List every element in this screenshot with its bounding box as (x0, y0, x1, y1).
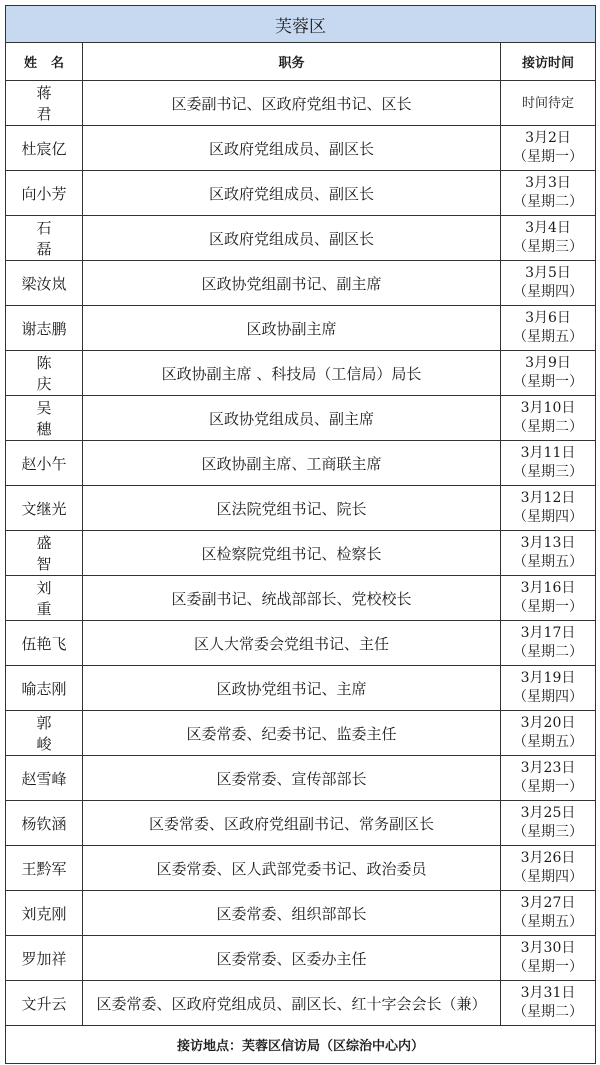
reception-date: 3月3日 (501, 174, 595, 193)
reception-weekday: （星期四） (501, 868, 595, 887)
table-row: 杨钦涵区委常委、区政府党组副书记、常务副区长3月25日（星期三） (6, 801, 596, 846)
table-row: 文升云区委常委、区政府党组成员、副区长、红十字会会长（兼）3月31日（星期二） (6, 981, 596, 1026)
reception-date: 3月17日 (501, 624, 595, 643)
official-duty: 区政协党组书记、主席 (83, 666, 501, 711)
table-row: 陈庆区政协副主席 、科技局（工信局）局长3月9日（星期一） (6, 351, 596, 396)
reception-time: 3月16日（星期一） (501, 576, 596, 621)
table-row: 盛智区检察院党组书记、检察长3月13日（星期五） (6, 531, 596, 576)
reception-time: 时间待定 (501, 81, 596, 126)
reception-date: 3月26日 (501, 849, 595, 868)
official-name: 赵小午 (6, 441, 83, 486)
reception-time: 3月26日（星期四） (501, 846, 596, 891)
reception-weekday: （星期五） (501, 553, 595, 572)
reception-date: 3月16日 (501, 579, 595, 598)
header-time: 接访时间 (501, 43, 596, 81)
reception-time: 3月31日（星期二） (501, 981, 596, 1026)
official-duty: 区政协党组副书记、副主席 (83, 261, 501, 306)
table-row: 喻志刚区政协党组书记、主席3月19日（星期四） (6, 666, 596, 711)
reception-time: 3月4日（星期三） (501, 216, 596, 261)
official-name: 石磊 (6, 216, 83, 261)
official-duty: 区委副书记、区政府党组书记、区长 (83, 81, 501, 126)
official-duty: 区委副书记、统战部部长、党校校长 (83, 576, 501, 621)
reception-weekday: （星期四） (501, 508, 595, 527)
table-row: 赵雪峰区委常委、宣传部部长3月23日（星期一） (6, 756, 596, 801)
reception-weekday: （星期二） (501, 1003, 595, 1022)
official-duty: 区政府党组成员、副区长 (83, 126, 501, 171)
table-row: 蒋君区委副书记、区政府党组书记、区长时间待定 (6, 81, 596, 126)
reception-date: 3月30日 (501, 939, 595, 958)
reception-date: 3月4日 (501, 219, 595, 238)
table-row: 刘克刚区委常委、组织部部长3月27日（星期五） (6, 891, 596, 936)
reception-date: 3月27日 (501, 894, 595, 913)
official-name: 吴穗 (6, 396, 83, 441)
reception-weekday: （星期四） (501, 283, 595, 302)
table-row: 吴穗区政协党组成员、副主席3月10日（星期二） (6, 396, 596, 441)
table-row: 梁汝岚区政协党组副书记、副主席3月5日（星期四） (6, 261, 596, 306)
official-name: 梁汝岚 (6, 261, 83, 306)
reception-weekday: （星期一） (501, 778, 595, 797)
reception-date: 3月11日 (501, 444, 595, 463)
official-name: 刘克刚 (6, 891, 83, 936)
reception-weekday: （星期二） (501, 643, 595, 662)
official-name: 喻志刚 (6, 666, 83, 711)
reception-weekday: （星期二） (501, 193, 595, 212)
official-duty: 区委常委、宣传部部长 (83, 756, 501, 801)
reception-date: 3月5日 (501, 264, 595, 283)
official-name: 盛智 (6, 531, 83, 576)
reception-date: 时间待定 (501, 94, 595, 113)
official-name: 杨钦涵 (6, 801, 83, 846)
table-row: 杜宸亿区政府党组成员、副区长3月2日（星期一） (6, 126, 596, 171)
reception-date: 3月12日 (501, 489, 595, 508)
reception-weekday: （星期一） (501, 598, 595, 617)
reception-date: 3月6日 (501, 309, 595, 328)
reception-time: 3月19日（星期四） (501, 666, 596, 711)
reception-time: 3月17日（星期二） (501, 621, 596, 666)
reception-time: 3月12日（星期四） (501, 486, 596, 531)
reception-date: 3月31日 (501, 984, 595, 1003)
official-duty: 区委常委、组织部部长 (83, 891, 501, 936)
reception-weekday: （星期三） (501, 463, 595, 482)
official-name: 陈庆 (6, 351, 83, 396)
official-duty: 区政府党组成员、副区长 (83, 171, 501, 216)
reception-time: 3月11日（星期三） (501, 441, 596, 486)
official-name: 文升云 (6, 981, 83, 1026)
table-row: 向小芳区政府党组成员、副区长3月3日（星期二） (6, 171, 596, 216)
official-name: 向小芳 (6, 171, 83, 216)
district-title: 芙蓉区 (6, 6, 596, 43)
reception-time: 3月5日（星期四） (501, 261, 596, 306)
official-duty: 区政协党组成员、副主席 (83, 396, 501, 441)
reception-time: 3月3日（星期二） (501, 171, 596, 216)
reception-date: 3月23日 (501, 759, 595, 778)
column-header-row: 姓名 职务 接访时间 (6, 43, 596, 81)
reception-time: 3月2日（星期一） (501, 126, 596, 171)
reception-date: 3月19日 (501, 669, 595, 688)
official-name: 文继光 (6, 486, 83, 531)
official-name: 伍艳飞 (6, 621, 83, 666)
reception-time: 3月9日（星期一） (501, 351, 596, 396)
official-duty: 区政协副主席 (83, 306, 501, 351)
official-duty: 区委常委、区人武部党委书记、政治委员 (83, 846, 501, 891)
reception-weekday: （星期二） (501, 418, 595, 437)
reception-date: 3月10日 (501, 399, 595, 418)
table-row: 郭峻区委常委、纪委书记、监委主任3月20日（星期五） (6, 711, 596, 756)
reception-date: 3月20日 (501, 714, 595, 733)
reception-time: 3月27日（星期五） (501, 891, 596, 936)
official-duty: 区委常委、区政府党组副书记、常务副区长 (83, 801, 501, 846)
table-row: 罗加祥区委常委、区委办主任3月30日（星期一） (6, 936, 596, 981)
reception-weekday: （星期一） (501, 148, 595, 167)
reception-time: 3月6日（星期五） (501, 306, 596, 351)
table-row: 刘重区委副书记、统战部部长、党校校长3月16日（星期一） (6, 576, 596, 621)
official-name: 谢志鹏 (6, 306, 83, 351)
official-name: 赵雪峰 (6, 756, 83, 801)
official-duty: 区法院党组书记、院长 (83, 486, 501, 531)
reception-time: 3月30日（星期一） (501, 936, 596, 981)
reception-date: 3月9日 (501, 354, 595, 373)
official-duty: 区委常委、区委办主任 (83, 936, 501, 981)
reception-weekday: （星期五） (501, 913, 595, 932)
reception-time: 3月10日（星期二） (501, 396, 596, 441)
official-name: 刘重 (6, 576, 83, 621)
official-name: 罗加祥 (6, 936, 83, 981)
reception-time: 3月25日（星期三） (501, 801, 596, 846)
table-row: 石磊区政府党组成员、副区长3月4日（星期三） (6, 216, 596, 261)
official-name: 蒋君 (6, 81, 83, 126)
table-row: 文继光区法院党组书记、院长3月12日（星期四） (6, 486, 596, 531)
reception-weekday: （星期三） (501, 823, 595, 842)
official-name: 郭峻 (6, 711, 83, 756)
official-duty: 区政协副主席、工商联主席 (83, 441, 501, 486)
table-row: 伍艳飞区人大常委会党组书记、主任3月17日（星期二） (6, 621, 596, 666)
footer-row: 接访地点：芙蓉区信访局（区综治中心内） (6, 1026, 596, 1064)
table-title-row: 芙蓉区 (6, 6, 596, 43)
reception-weekday: （星期一） (501, 373, 595, 392)
reception-time: 3月20日（星期五） (501, 711, 596, 756)
table-row: 谢志鹏区政协副主席3月6日（星期五） (6, 306, 596, 351)
official-duty: 区检察院党组书记、检察长 (83, 531, 501, 576)
reception-time: 3月13日（星期五） (501, 531, 596, 576)
reception-schedule-table: 芙蓉区 姓名 职务 接访时间 蒋君区委副书记、区政府党组书记、区长时间待定杜宸亿… (5, 5, 596, 1064)
reception-weekday: （星期五） (501, 328, 595, 347)
reception-time: 3月23日（星期一） (501, 756, 596, 801)
reception-date: 3月25日 (501, 804, 595, 823)
reception-date: 3月13日 (501, 534, 595, 553)
reception-weekday: （星期五） (501, 733, 595, 752)
table-row: 赵小午区政协副主席、工商联主席3月11日（星期三） (6, 441, 596, 486)
official-duty: 区委常委、纪委书记、监委主任 (83, 711, 501, 756)
official-duty: 区人大常委会党组书记、主任 (83, 621, 501, 666)
reception-weekday: （星期四） (501, 688, 595, 707)
official-duty: 区委常委、区政府党组成员、副区长、红十字会会长（兼） (83, 981, 501, 1026)
header-duty: 职务 (83, 43, 501, 81)
official-name: 杜宸亿 (6, 126, 83, 171)
official-name: 王黔军 (6, 846, 83, 891)
official-duty: 区政协副主席 、科技局（工信局）局长 (83, 351, 501, 396)
reception-weekday: （星期三） (501, 238, 595, 257)
reception-location: 接访地点：芙蓉区信访局（区综治中心内） (6, 1026, 596, 1064)
official-duty: 区政府党组成员、副区长 (83, 216, 501, 261)
header-name: 姓名 (6, 43, 83, 81)
table-row: 王黔军区委常委、区人武部党委书记、政治委员3月26日（星期四） (6, 846, 596, 891)
reception-weekday: （星期一） (501, 958, 595, 977)
reception-date: 3月2日 (501, 129, 595, 148)
